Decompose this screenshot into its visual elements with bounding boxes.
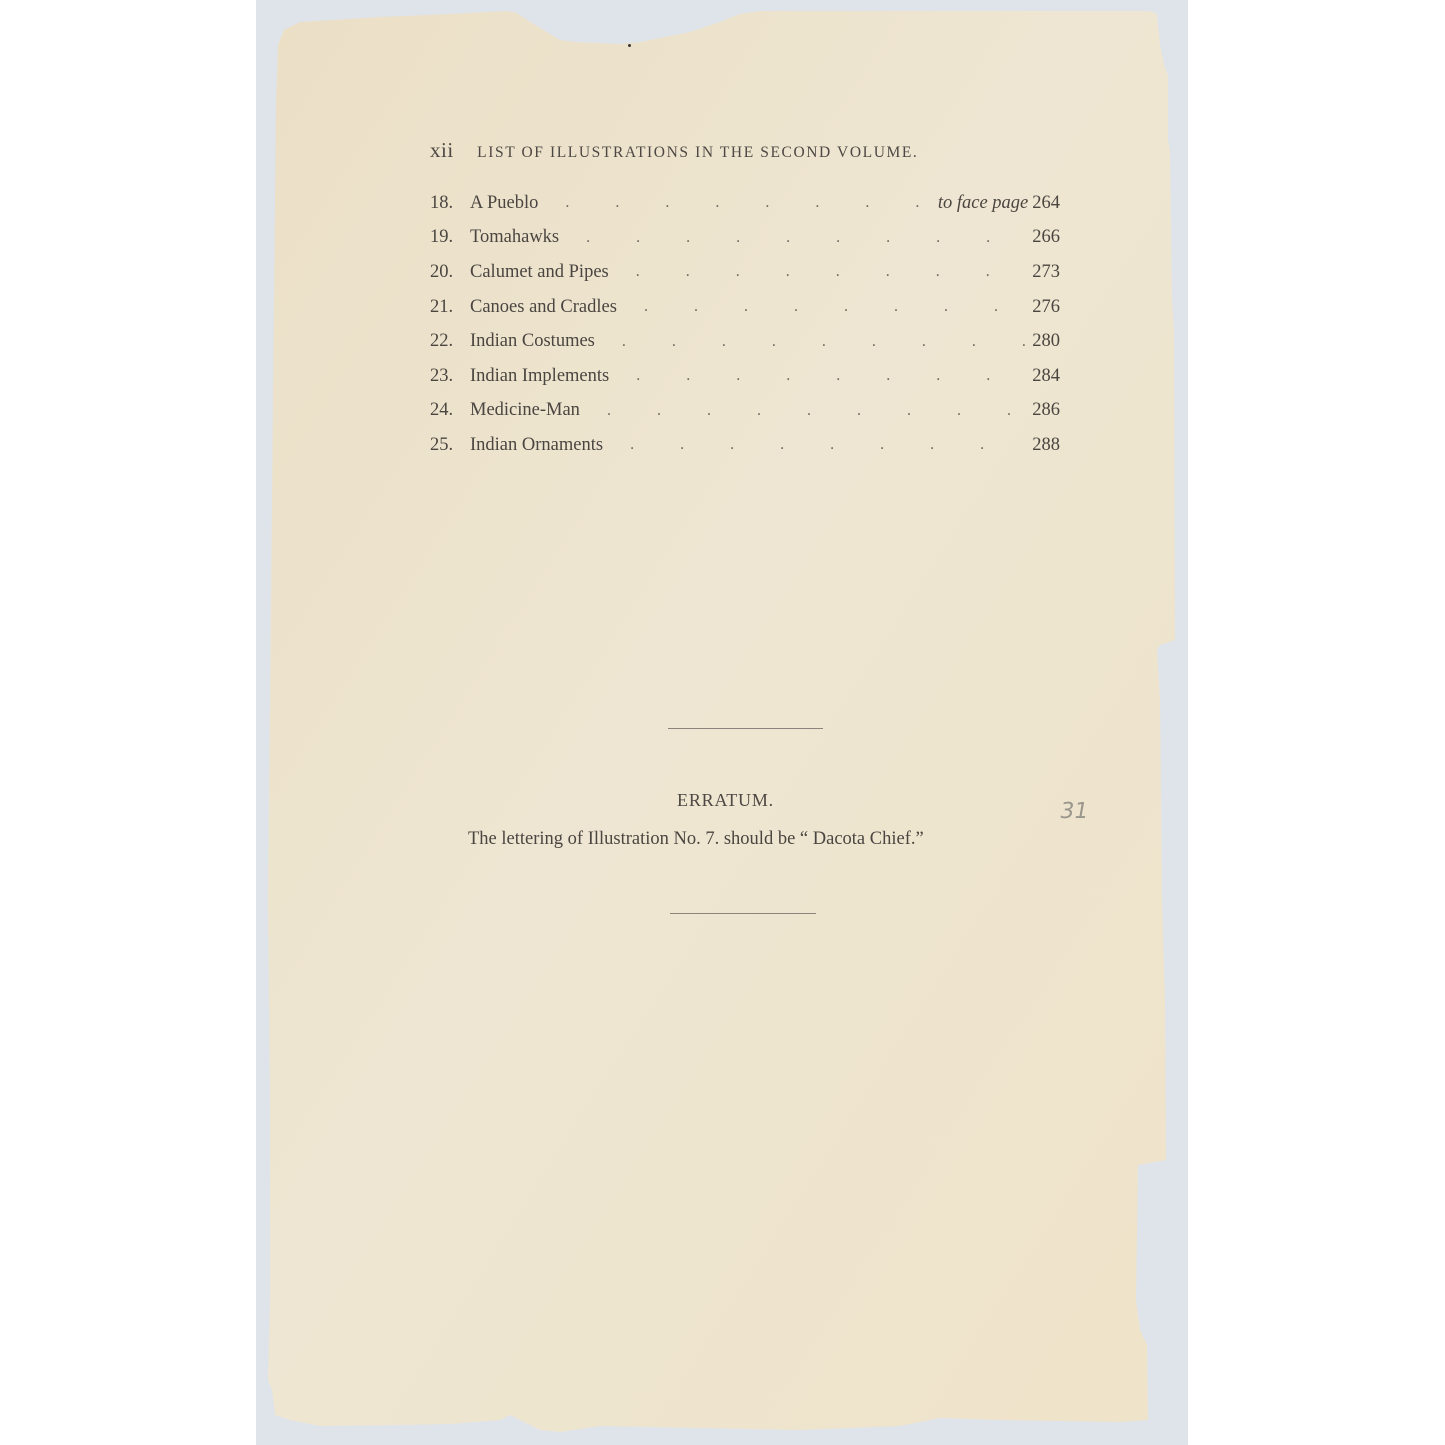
illustration-title: Indian Implements [470, 366, 609, 387]
list-item: 18.A Pueblo..............to face page264 [430, 186, 1060, 221]
illustration-page: 288 [1032, 435, 1060, 456]
illustration-number: 18. [430, 193, 470, 214]
illustration-title: Indian Costumes [470, 331, 595, 352]
list-item: 19.Tomahawks..............266 [430, 221, 1060, 256]
erratum-heading: ERRATUM. [0, 790, 1445, 811]
illustration-page: 280 [1032, 331, 1060, 352]
illustration-number: 23. [430, 366, 470, 387]
page-number: 288 [1032, 435, 1060, 455]
illustration-number: 19. [430, 227, 470, 248]
illustration-number: 20. [430, 262, 470, 283]
illustration-title: Tomahawks [470, 227, 559, 248]
divider-rule [670, 913, 816, 914]
page-number: 280 [1032, 331, 1060, 351]
dot-leader: .............. [621, 298, 1028, 316]
page-number: 264 [1032, 193, 1060, 213]
page-number: 266 [1032, 227, 1060, 247]
page-folio: xii [430, 138, 454, 162]
divider-rule [668, 728, 823, 729]
running-head: xii LIST OF ILLUSTRATIONS IN THE SECOND … [430, 138, 1070, 163]
page-prefix: to face page [938, 193, 1028, 213]
illustration-number: 22. [430, 331, 470, 352]
illustration-page: 273 [1032, 262, 1060, 283]
dot-leader: .............. [584, 402, 1028, 420]
illustration-number: 25. [430, 435, 470, 456]
list-item: 25.Indian Ornaments..............288 [430, 428, 1060, 463]
illustration-page: 266 [1032, 227, 1060, 248]
dot-leader: .............. [542, 194, 933, 212]
illustration-number: 21. [430, 297, 470, 318]
list-item: 21.Canoes and Cradles..............276 [430, 290, 1060, 325]
page-number: 276 [1032, 297, 1060, 317]
illustration-number: 24. [430, 400, 470, 421]
dot-leader: .............. [563, 229, 1028, 247]
list-item: 23.Indian Implements..............284 [430, 359, 1060, 394]
handwritten-annotation: 31 [1058, 799, 1090, 824]
list-item: 22.Indian Costumes..............280 [430, 324, 1060, 359]
list-item: 24.Medicine-Man..............286 [430, 394, 1060, 429]
page-number: 273 [1032, 262, 1060, 282]
dot-leader: .............. [607, 436, 1028, 454]
dot-leader: .............. [599, 333, 1028, 351]
page-number: 284 [1032, 366, 1060, 386]
illustration-title: Canoes and Cradles [470, 297, 617, 318]
page-number: 286 [1032, 400, 1060, 420]
illustration-title: Calumet and Pipes [470, 262, 609, 283]
illustrations-list: 18.A Pueblo..............to face page264… [430, 186, 1060, 463]
ink-speck [628, 44, 631, 47]
illustration-page: 276 [1032, 297, 1060, 318]
erratum-text: The lettering of Illustration No. 7. sho… [468, 829, 924, 850]
dot-leader: .............. [613, 263, 1029, 281]
illustration-page: to face page264 [938, 193, 1060, 214]
running-head-title: LIST OF ILLUSTRATIONS IN THE SECOND VOLU… [477, 144, 918, 161]
illustration-page: 284 [1032, 366, 1060, 387]
illustration-title: Indian Ornaments [470, 435, 603, 456]
dot-leader: .............. [613, 367, 1028, 385]
illustration-title: A Pueblo [470, 193, 538, 214]
list-item: 20.Calumet and Pipes..............273 [430, 255, 1060, 290]
illustration-title: Medicine-Man [470, 400, 580, 421]
illustration-page: 286 [1032, 400, 1060, 421]
